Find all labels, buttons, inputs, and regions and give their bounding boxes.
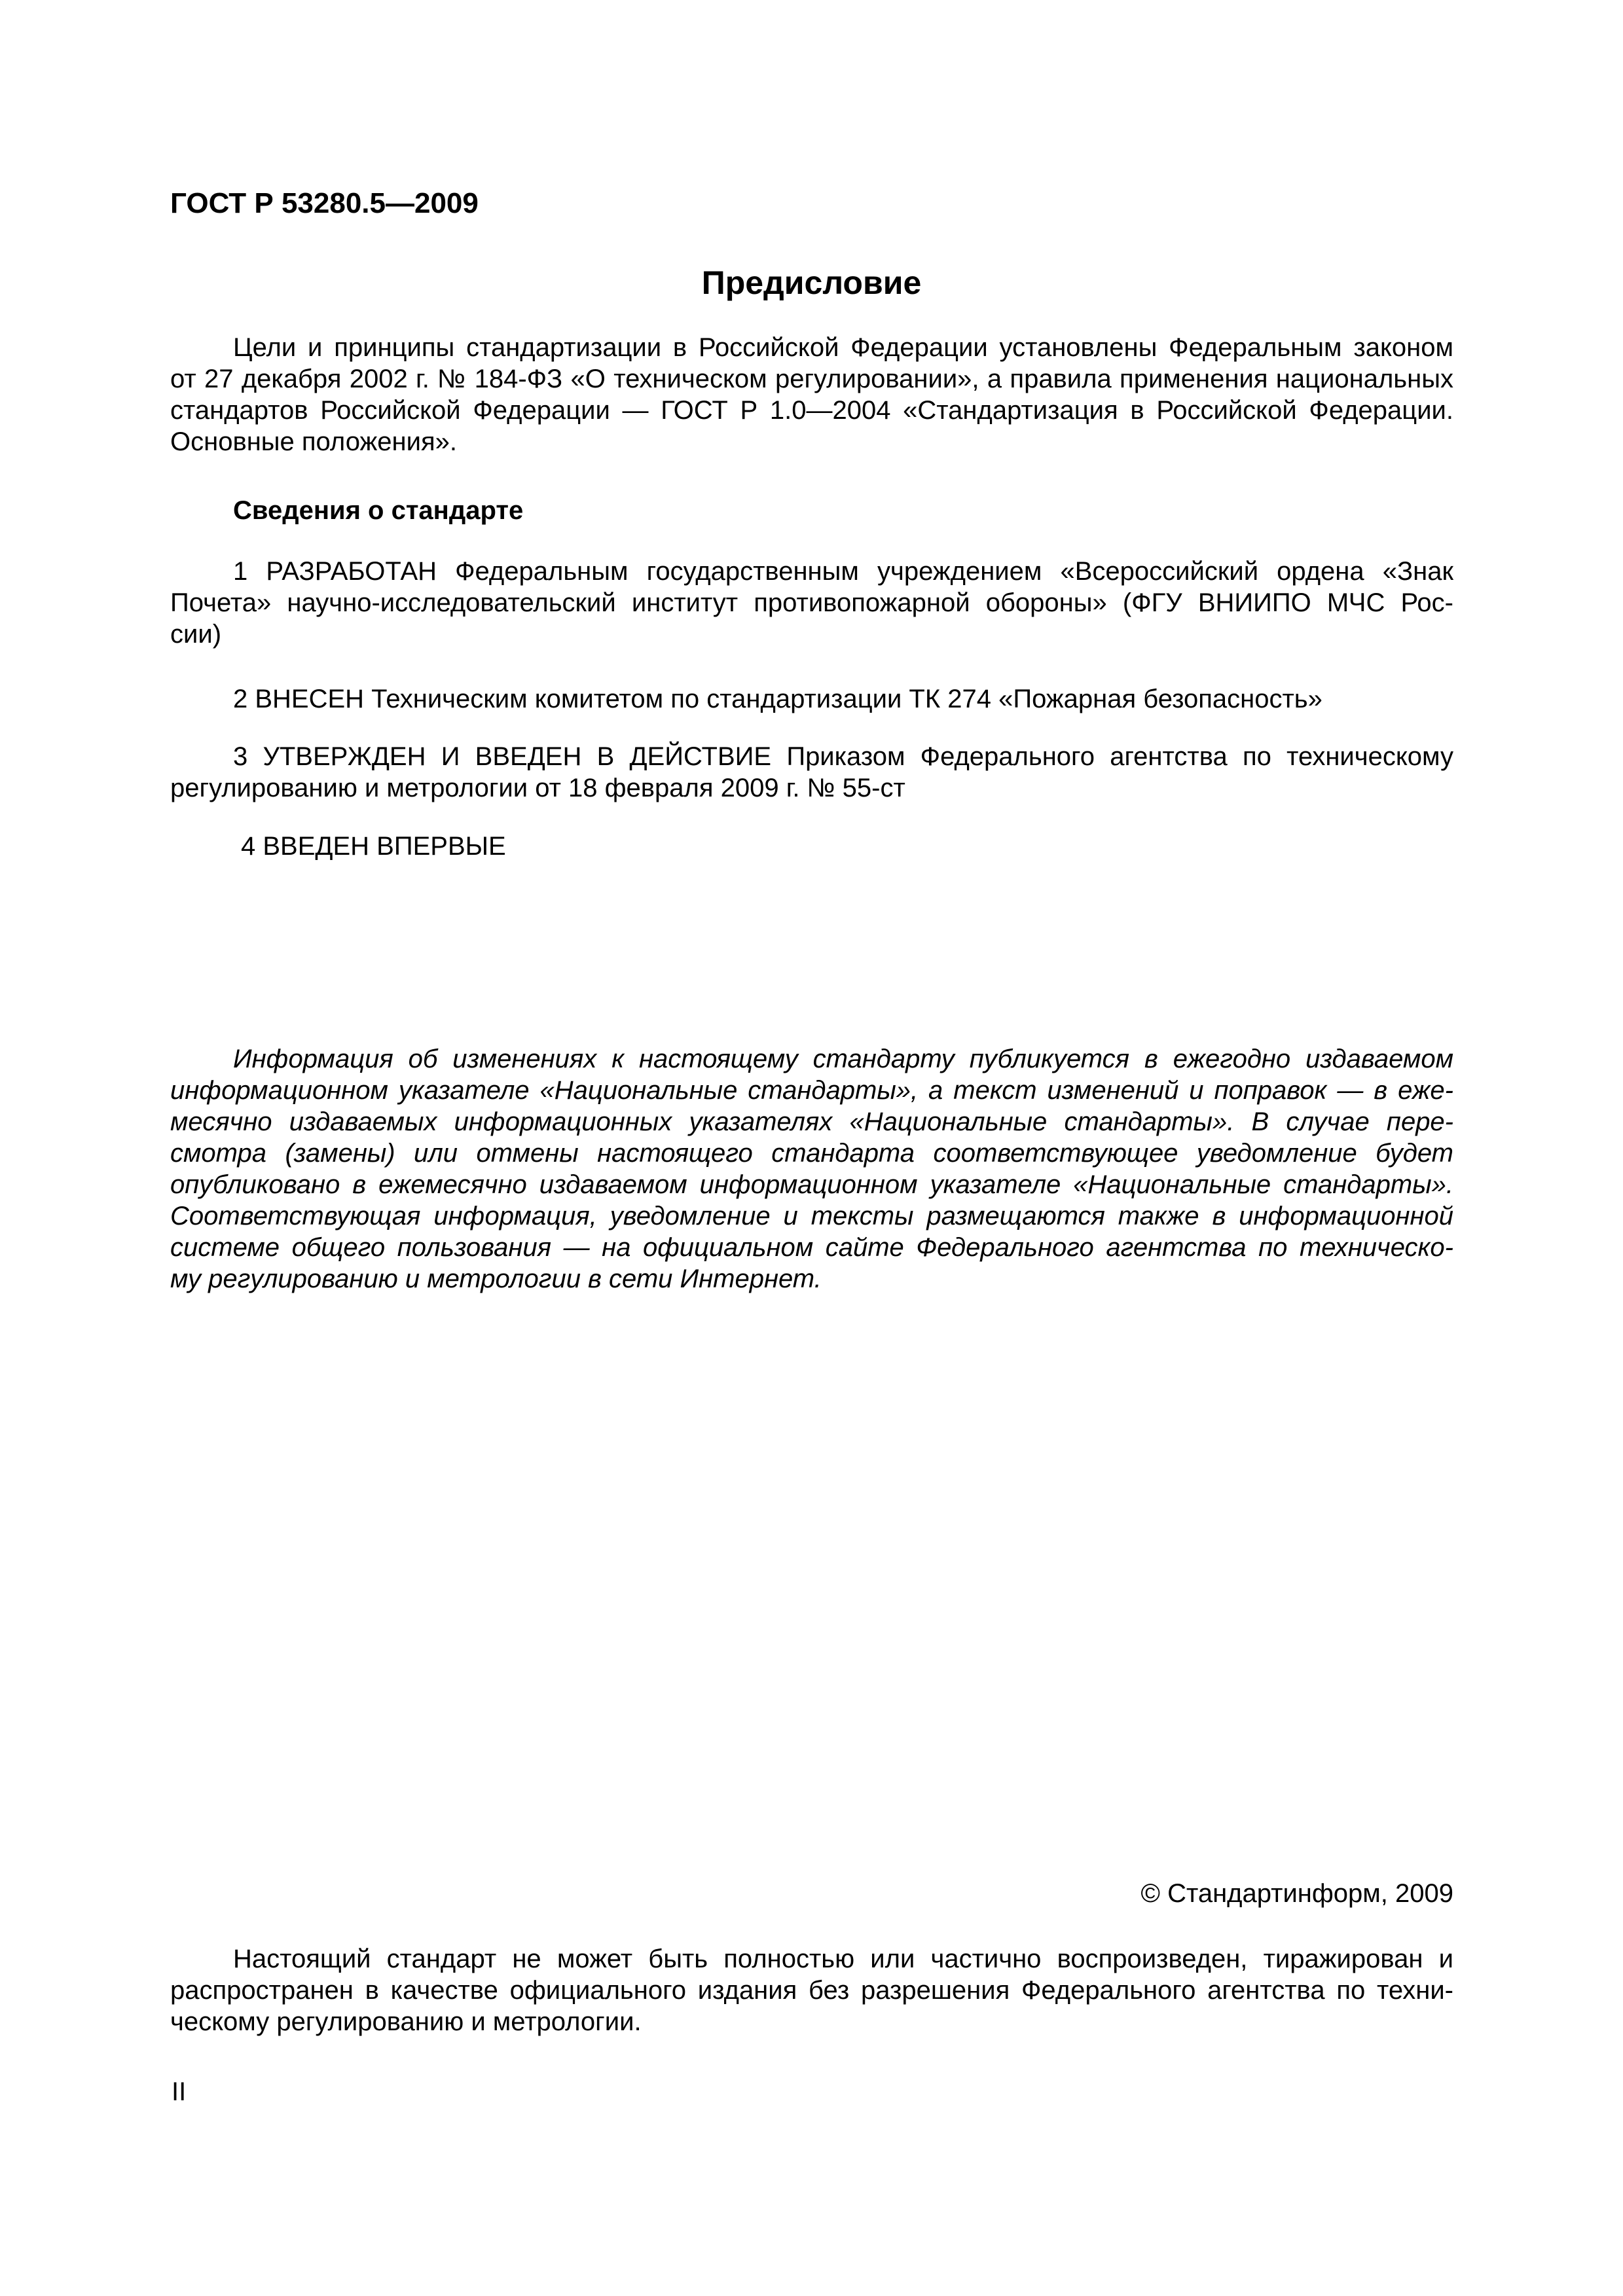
section-heading: Сведения о стандарте — [233, 495, 523, 526]
document-code: ГОСТ Р 53280.5—2009 — [170, 185, 479, 222]
text-line: регулированию и метрологии от 18 февраля… — [170, 772, 1453, 804]
text-line: Информация об изменениях к настоящему ст… — [170, 1043, 1453, 1075]
text-line: ческому регулированию и метрологии. — [170, 2006, 1453, 2037]
text-line: стандартов Российской Федерации — ГОСТ Р… — [170, 395, 1453, 426]
text-line: Настоящий стандарт не может быть полност… — [170, 1943, 1453, 1975]
text-line: системе общего пользования — на официаль… — [170, 1232, 1453, 1263]
text-line: 2 ВНЕСЕН Техническим комитетом по станда… — [170, 683, 1453, 715]
info-item-4: 4 ВВЕДЕН ВПЕРВЫЕ — [241, 831, 506, 862]
text-line: распространен в качестве официального из… — [170, 1975, 1453, 2006]
text-line: опубликовано в ежемесячно издаваемом инф… — [170, 1169, 1453, 1200]
reproduction-notice: Настоящий стандарт не может быть полност… — [170, 1943, 1453, 2037]
text-line: сии) — [170, 619, 1453, 650]
text-line: месячно издаваемых информационных указат… — [170, 1106, 1453, 1138]
text-line: 3 УТВЕРЖДЕН И ВВЕДЕН В ДЕЙСТВИЕ Приказом… — [170, 741, 1453, 772]
text-line: Основные положения». — [170, 426, 1453, 457]
info-item-3: 3 УТВЕРЖДЕН И ВВЕДЕН В ДЕЙСТВИЕ Приказом… — [170, 741, 1453, 804]
changes-notice: Информация об изменениях к настоящему ст… — [170, 1043, 1453, 1295]
text-line: Цели и принципы стандартизации в Российс… — [170, 332, 1453, 363]
text-line: му регулированию и метрологии в сети Инт… — [170, 1263, 1453, 1295]
text-line: информационном указателе «Национальные с… — [170, 1075, 1453, 1106]
page-title: Предисловие — [0, 263, 1623, 302]
text-line: 1 РАЗРАБОТАН Федеральным государственным… — [170, 556, 1453, 587]
info-item-1: 1 РАЗРАБОТАН Федеральным государственным… — [170, 556, 1453, 650]
copyright-notice: © Стандартинформ, 2009 — [1141, 1878, 1454, 1909]
page-number: II — [172, 2076, 186, 2108]
intro-paragraph: Цели и принципы стандартизации в Российс… — [170, 332, 1453, 457]
text-line: Соответствующая информация, уведомление … — [170, 1200, 1453, 1232]
text-line: Почета» научно-исследовательский институ… — [170, 587, 1453, 619]
text-line: смотра (замены) или отмены настоящего ст… — [170, 1138, 1453, 1169]
page-title-text: Предисловие — [702, 263, 922, 302]
text-line: от 27 декабря 2002 г. № 184-ФЗ «О технич… — [170, 363, 1453, 395]
document-page: ГОСТ Р 53280.5—2009 Предисловие Цели и п… — [0, 0, 1623, 2296]
info-item-2: 2 ВНЕСЕН Техническим комитетом по станда… — [170, 683, 1453, 715]
